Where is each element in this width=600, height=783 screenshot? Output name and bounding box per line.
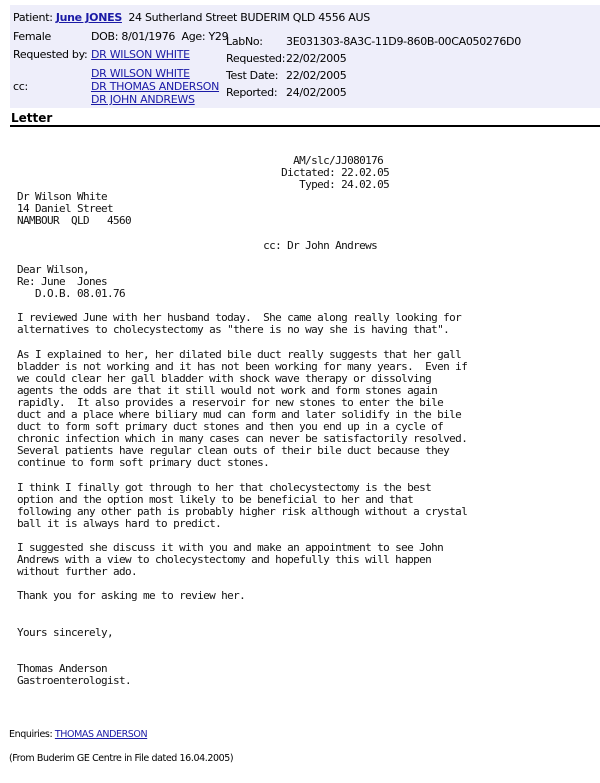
patient-address: 24 Sutherland Street BUDERIM QLD 4556 AU… [128, 11, 370, 24]
dob-age: DOB: 8/01/1976 Age: Y29 [91, 30, 228, 43]
patient-label: Patient: [13, 11, 53, 24]
cc-link-wilson-white[interactable]: DR WILSON WHITE [91, 67, 190, 80]
patient-line: Patient: June JONES 24 Sutherland Street… [13, 11, 370, 24]
age-label: Age: [182, 30, 206, 43]
section-title-letter: Letter [11, 111, 52, 125]
enquiries-link[interactable]: THOMAS ANDERSON [55, 729, 147, 740]
labno-value: 3E031303-8A3C-11D9-860B-00CA050276D0 [286, 35, 521, 48]
requested-label: Requested: [226, 52, 285, 65]
labno-label: LabNo: [226, 35, 263, 48]
dob-label: DOB: [91, 30, 118, 43]
dob-value: 8/01/1976 [121, 30, 175, 43]
enquiries-label: Enquiries: [9, 729, 52, 740]
cc-link-thomas-anderson[interactable]: DR THOMAS ANDERSON [91, 80, 219, 93]
requested-by-link[interactable]: DR WILSON WHITE [91, 48, 190, 61]
cc-link-john-andrews[interactable]: DR JOHN ANDREWS [91, 93, 195, 106]
source-note: (From Buderim GE Centre in File dated 16… [9, 753, 233, 764]
reported-value: 24/02/2005 [286, 86, 346, 99]
letter-body: AM/slc/JJ080176 Dictated: 22.02.05 Typed… [17, 155, 467, 687]
test-date-label: Test Date: [226, 69, 278, 82]
cc-label: cc: [13, 80, 28, 93]
patient-name-link[interactable]: June JONES [56, 11, 122, 24]
requested-value: 22/02/2005 [286, 52, 346, 65]
requested-by-label: Requested by: [13, 48, 87, 61]
enquiries-line: Enquiries: THOMAS ANDERSON [9, 729, 147, 740]
section-divider [10, 125, 600, 127]
reported-label: Reported: [226, 86, 277, 99]
sex: Female [13, 30, 51, 43]
test-date-value: 22/02/2005 [286, 69, 346, 82]
